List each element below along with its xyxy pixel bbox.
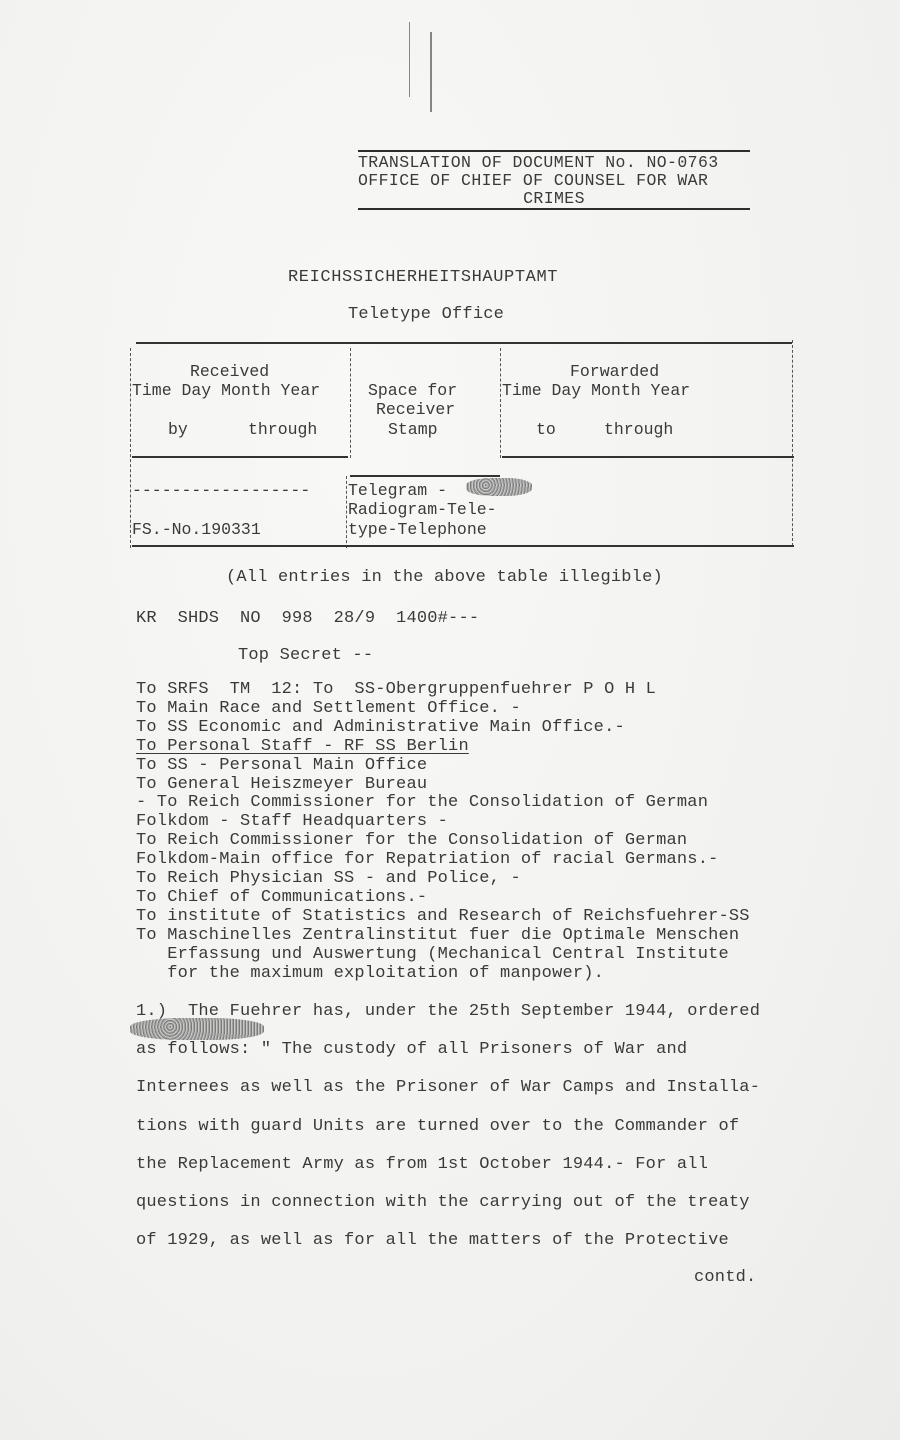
classification: Top Secret --: [238, 646, 373, 665]
received-through: through: [248, 420, 317, 439]
body-line: the Replacement Army as from 1st October…: [136, 1155, 708, 1174]
received-by: by: [168, 420, 188, 439]
addressee-line: Erfassung und Auswertung (Mechanical Cen…: [136, 945, 729, 964]
body-line: of 1929, as well as for all the matters …: [136, 1231, 729, 1250]
header-rule-bottom: [358, 208, 750, 210]
header-line-1: TRANSLATION OF DOCUMENT No. NO-0763: [358, 153, 750, 172]
message-type-line-1: Telegram -: [348, 481, 447, 500]
addressee-line: To General Heiszmeyer Bureau: [136, 775, 427, 794]
message-type-line-3: type-Telephone: [348, 520, 487, 539]
table-border-right: [792, 340, 793, 546]
addressee-line: To Reich Physician SS - and Police, -: [136, 869, 521, 888]
addressee-line: To Personal Staff - RF SS Berlin: [136, 737, 469, 756]
table-rule-mid: [132, 456, 348, 458]
fs-number: FS.-No.190331: [132, 520, 261, 539]
addressee-line: To institute of Statistics and Research …: [136, 907, 750, 926]
table-divider: [350, 348, 351, 458]
addressee-line: To Maschinelles Zentralinstitut fuer die…: [136, 926, 739, 945]
agency-name: REICHSSICHERHEITSHAUPTAMT: [288, 268, 558, 287]
forwarded-to: to: [536, 420, 556, 439]
addressee-line: To Reich Commissioner for the Consolidat…: [136, 831, 687, 850]
addressee-line: - To Reich Commissioner for the Consolid…: [136, 793, 708, 812]
message-type-line-2: Radiogram-Tele-: [348, 500, 497, 519]
received-fields: Time Day Month Year: [132, 381, 320, 400]
ink-smudge: [466, 478, 532, 496]
addressee-line: for the maximum exploitation of manpower…: [136, 964, 604, 983]
forwarded-title: Forwarded: [570, 362, 659, 381]
scan-mark: [409, 22, 410, 97]
body-line: questions in connection with the carryin…: [136, 1193, 750, 1212]
addressee-line: To SRFS TM 12: To SS-Obergruppenfuehrer …: [136, 680, 656, 699]
table-divider: [500, 348, 501, 458]
table-rule-stamp: [350, 475, 500, 477]
table-note: (All entries in the above table illegibl…: [226, 568, 663, 587]
addressee-line: Folkdom-Main office for Repatriation of …: [136, 850, 719, 869]
table-rule-mid: [502, 456, 794, 458]
scan-mark: [430, 32, 432, 112]
document-page: TRANSLATION OF DOCUMENT No. NO-0763 OFFI…: [0, 0, 900, 1440]
body-line: as follows: " The custody of all Prisone…: [136, 1040, 687, 1059]
table-divider: [346, 476, 347, 548]
header-line-2: OFFICE OF CHIEF OF COUNSEL FOR WAR: [358, 171, 750, 190]
received-title: Received: [190, 362, 269, 381]
forwarded-through: through: [604, 420, 673, 439]
addressee-line: To SS - Personal Main Office: [136, 756, 427, 775]
addressee-line: To SS Economic and Administrative Main O…: [136, 718, 625, 737]
stamp-line-3: Stamp: [388, 420, 438, 439]
forwarded-fields: Time Day Month Year: [502, 381, 690, 400]
header-line-3: CRIMES: [358, 189, 750, 208]
addressee-line: To Main Race and Settlement Office. -: [136, 699, 521, 718]
table-rule-top: [136, 342, 792, 344]
dash-line: ------------------: [132, 481, 310, 500]
body-line: tions with guard Units are turned over t…: [136, 1117, 739, 1136]
continued-marker: contd.: [694, 1268, 756, 1287]
translation-header: TRANSLATION OF DOCUMENT No. NO-0763 OFFI…: [358, 150, 750, 212]
office-name: Teletype Office: [348, 305, 504, 324]
stamp-line-2: Receiver: [376, 400, 455, 419]
addressee-line: Folkdom - Staff Headquarters -: [136, 812, 448, 831]
body-line: Internees as well as the Prisoner of War…: [136, 1078, 760, 1097]
teletype-form-table: Received Time Day Month Year by through …: [130, 340, 794, 548]
header-rule-top: [358, 150, 750, 152]
routing-line: KR SHDS NO 998 28/9 1400#---: [136, 609, 479, 628]
ink-smudge: [130, 1018, 264, 1040]
table-border-left: [130, 348, 131, 548]
addressee-line: To Chief of Communications.-: [136, 888, 427, 907]
stamp-line-1: Space for: [368, 381, 457, 400]
table-rule-bottom: [132, 545, 794, 547]
